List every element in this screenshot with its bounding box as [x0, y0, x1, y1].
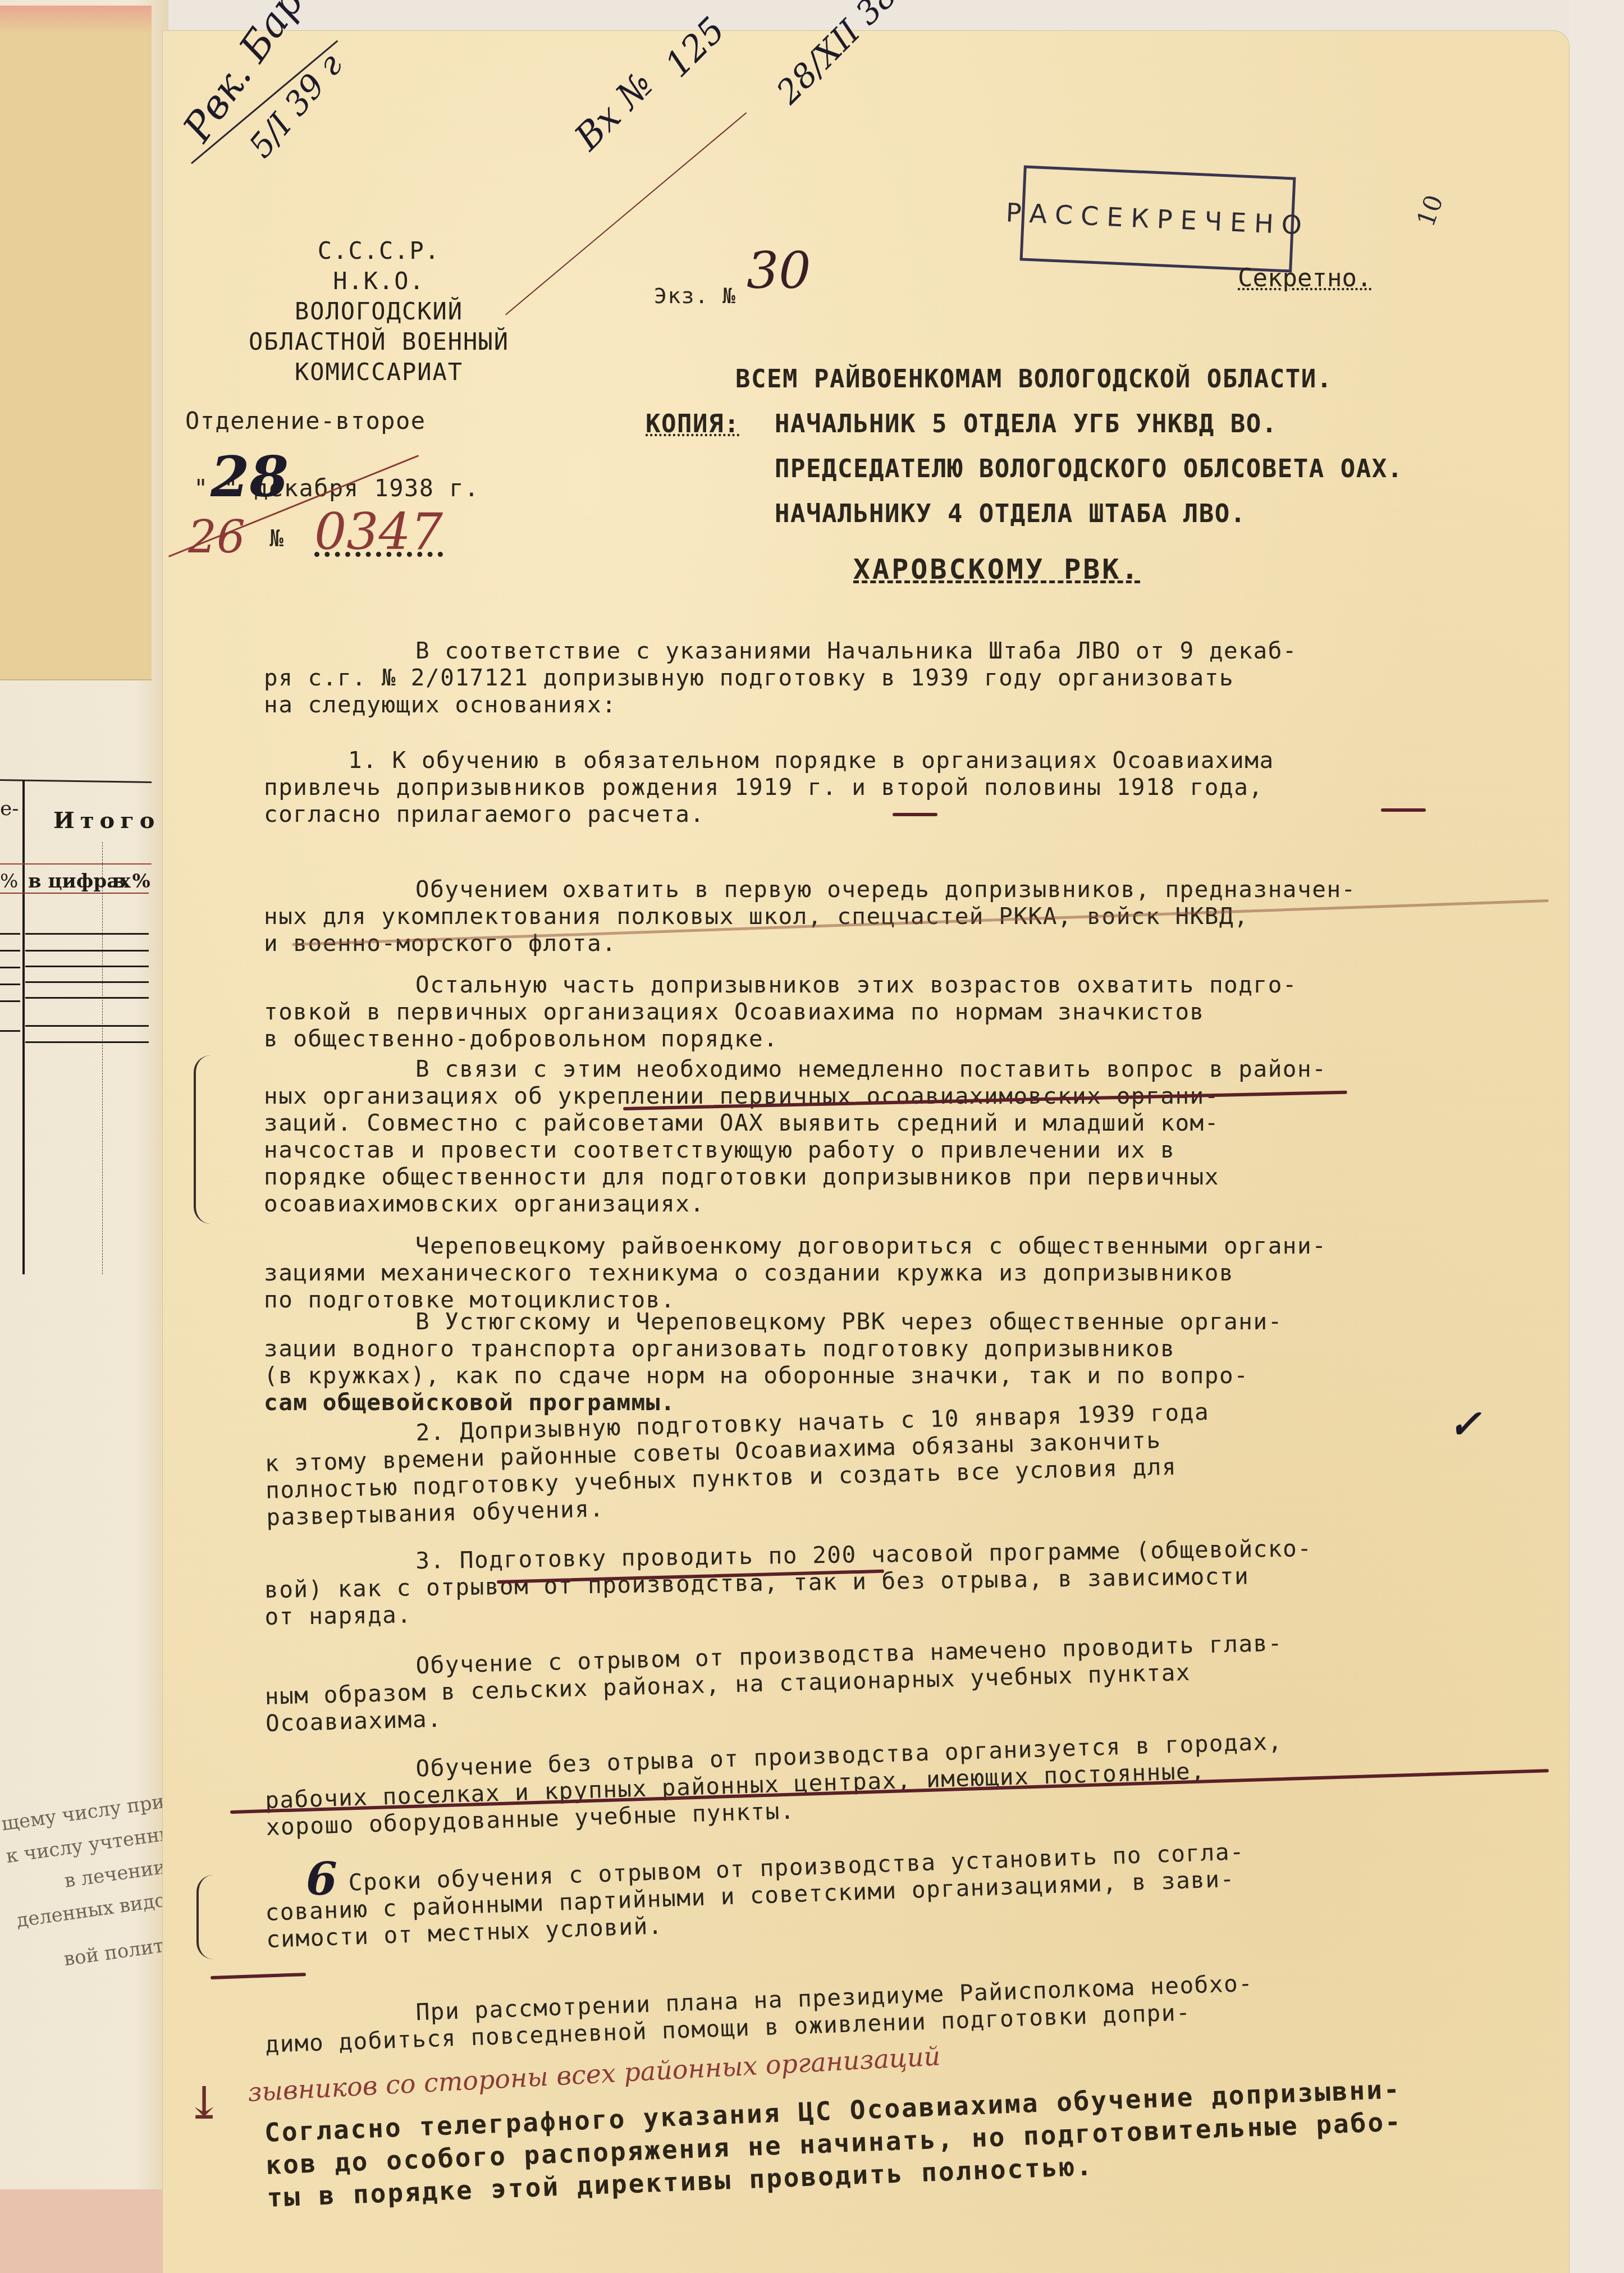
- specific-addressee: ХАРОВСКОМУ РВК.: [853, 553, 1141, 586]
- copy-addressee: НАЧАЛЬНИК 5 ОТДЕЛА УГБ УНКВД ВО.: [775, 410, 1278, 438]
- margin-mark: ✓: [1448, 1401, 1481, 1447]
- margin-bracket: [196, 1875, 221, 1959]
- table-subheader-divider: [0, 893, 149, 894]
- org-line: С.С.С.Р.: [222, 236, 536, 266]
- copy-number: 30: [747, 241, 811, 300]
- table-row-line: [0, 1030, 20, 1032]
- table-inner-divider: [102, 842, 103, 1274]
- number-prefix: №: [269, 525, 284, 552]
- table-row-line: [25, 950, 149, 952]
- left-flap-edge: [0, 6, 152, 34]
- table-row-line: [25, 981, 149, 983]
- intro-paragraph: В соответствие с указаниями Начальника Ш…: [264, 637, 1555, 718]
- paragraph-1d: Череповецкому райвоенкому договориться с…: [264, 1232, 1555, 1313]
- table-header-total: Итого: [53, 807, 160, 834]
- left-page-bottom: [0, 2189, 180, 2273]
- copy-to-label: КОПИЯ:: [646, 410, 740, 438]
- table-row-line: [0, 1000, 20, 1002]
- left-page-notes: щему числу припи- к числу учтенных в леч…: [0, 1791, 186, 1987]
- left-flap: [0, 6, 152, 680]
- department: Отделение-второе: [185, 407, 426, 435]
- org-line: КОМИССАРИАТ: [222, 357, 536, 387]
- copy-addressee: НАЧАЛЬНИКУ 4 ОТДЕЛА ШТАБА ЛВО.: [775, 500, 1246, 528]
- left-note-line: вой полити-: [20, 1932, 184, 1977]
- org-line: ОБЛАСТНОЙ ВОЕННЫЙ: [222, 327, 536, 357]
- underline-mark: [893, 813, 937, 816]
- margin-bracket: [194, 1055, 213, 1224]
- declassified-stamp: РАССЕКРЕЧЕНО: [1020, 166, 1296, 273]
- underline-mark: [1381, 808, 1426, 812]
- left-table-fragment: е- Итого % в цифрах в %: [0, 780, 154, 1286]
- table-column-divider: [22, 780, 25, 1274]
- table-header-partial: е-: [0, 797, 19, 820]
- handwritten-correction: 6: [306, 1853, 337, 1905]
- outgoing-number: 0347: [314, 502, 443, 561]
- paragraph-1c: В связи с этим необходимо немедленно пос…: [264, 1055, 1555, 1217]
- paragraph-1b: Остальную часть допризывников этих возра…: [264, 971, 1555, 1052]
- left-page: е- Итого % в цифрах в % щему числу припи…: [0, 0, 168, 2273]
- organization-header: С.С.С.Р. Н.К.О. ВОЛОГОДСКИЙ ОБЛАСТНОЙ ВО…: [222, 236, 536, 387]
- classification-label: Секретно.: [1238, 264, 1371, 292]
- table-col-partial-pct: %: [0, 870, 18, 893]
- insertion-mark: ⤓: [185, 2077, 223, 2129]
- table-row-line: [25, 1025, 149, 1027]
- addressee-main: ВСЕМ РАЙВОЕНКОМАМ ВОЛОГОДСКОЙ ОБЛАСТИ.: [735, 365, 1333, 394]
- background-margin: [1569, 0, 1624, 2273]
- table-row-line: [25, 997, 149, 999]
- table-row-line: [0, 967, 20, 968]
- table-row-line: [25, 966, 149, 967]
- org-line: ВОЛОГОДСКИЙ: [222, 296, 536, 327]
- table-row-line: [0, 933, 20, 935]
- table-row-line: [0, 984, 20, 985]
- handwritten-day: 28: [211, 443, 289, 510]
- table-row-line: [25, 933, 149, 935]
- org-line: Н.К.О.: [222, 266, 536, 296]
- copy-label: Экз. №: [654, 283, 736, 308]
- table-col-in-percent: в %: [112, 870, 150, 893]
- copy-addressee: ПРЕДСЕДАТЕЛЮ ВОЛОГОДСКОГО ОБЛСОВЕТА ОАХ.: [775, 455, 1403, 483]
- table-row-line: [25, 1041, 149, 1043]
- table-row-line: [0, 950, 20, 952]
- paragraph-1a: Обучением охватить в первую очередь допр…: [264, 876, 1555, 957]
- table-header-divider: [0, 863, 152, 865]
